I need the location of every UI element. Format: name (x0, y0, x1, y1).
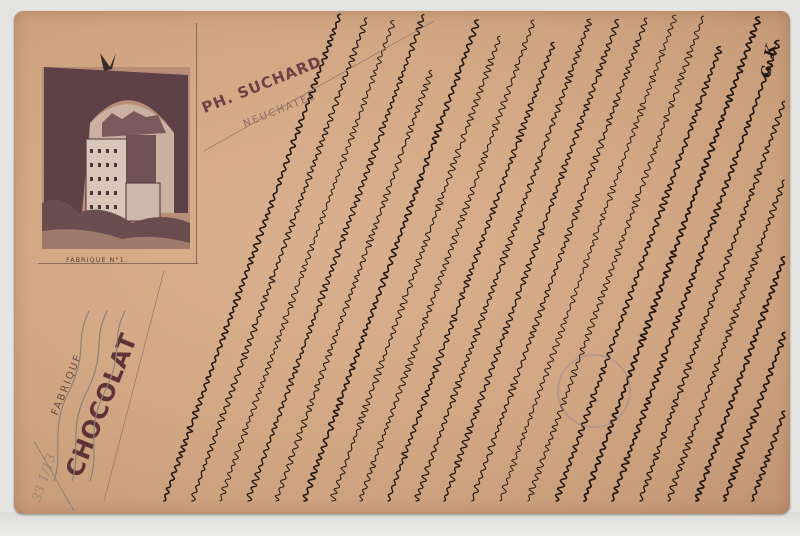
postcard: FABRIQUE N°1. PH. SUCHARD NEUCHATEL FABR… (14, 11, 790, 514)
handwritten-text (14, 11, 790, 514)
scan-background (0, 512, 800, 536)
